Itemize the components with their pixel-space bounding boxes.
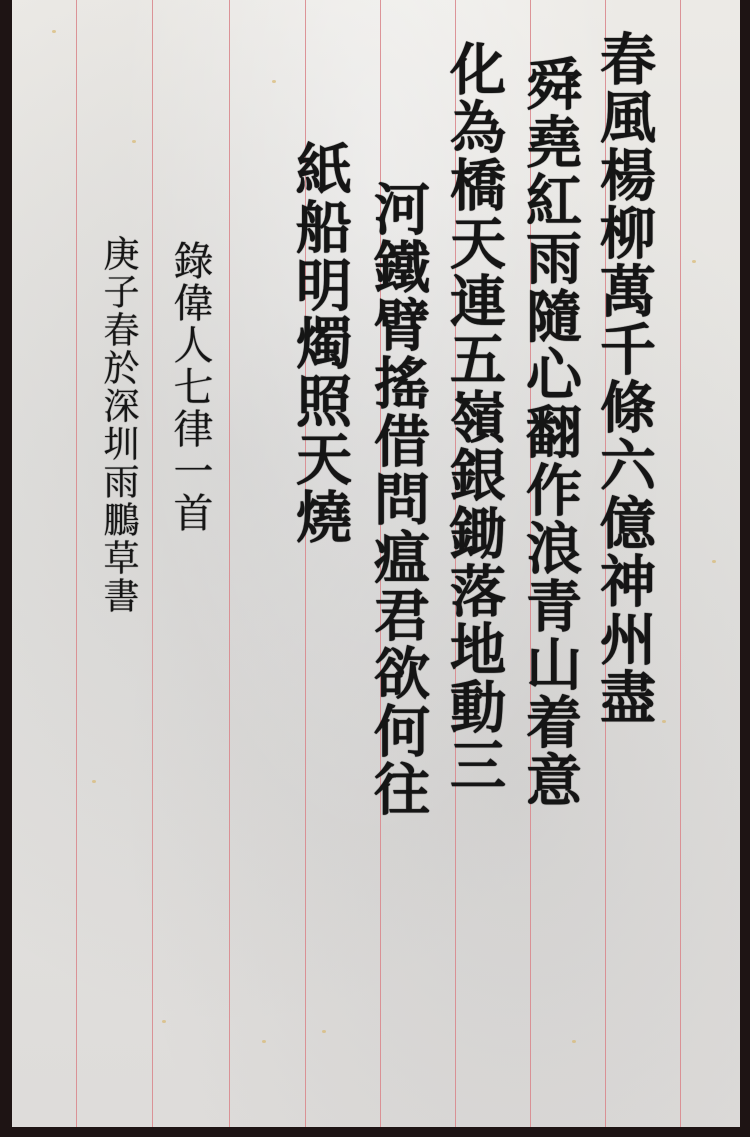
poem-column-1: 春風楊柳萬千條六億神州盡 <box>594 30 654 1110</box>
gold-fleck <box>272 80 276 83</box>
gold-fleck <box>92 780 96 783</box>
inscription-title: 錄偉人七律一首 <box>168 240 212 780</box>
gold-fleck <box>262 1040 266 1043</box>
red-rule-line <box>229 0 230 1127</box>
gold-fleck <box>692 260 696 263</box>
red-rule-line <box>152 0 153 1127</box>
gold-fleck <box>52 30 56 33</box>
gold-fleck <box>322 1030 326 1033</box>
poem-column-4: 河鐵臂搖借問瘟君欲何往 <box>368 180 428 1080</box>
gold-fleck <box>712 560 716 563</box>
poem-column-2: 舜堯紅雨隨心翻作浪青山着意 <box>520 55 580 1115</box>
red-rule-line <box>76 0 77 1127</box>
photo: 春風楊柳萬千條六億神州盡 舜堯紅雨隨心翻作浪青山着意 化為橋天連五嶺銀鋤落地動三… <box>0 0 750 1137</box>
poem-column-3: 化為橋天連五嶺銀鋤落地動三 <box>444 40 504 1100</box>
inscription-signature: 庚子春於深圳雨鵬草書 <box>98 235 138 775</box>
poem-column-5: 紙船明燭照天燒 <box>290 140 350 660</box>
gold-fleck <box>662 720 666 723</box>
gold-fleck <box>132 140 136 143</box>
gold-fleck <box>162 1020 166 1023</box>
red-rule-line <box>680 0 681 1127</box>
